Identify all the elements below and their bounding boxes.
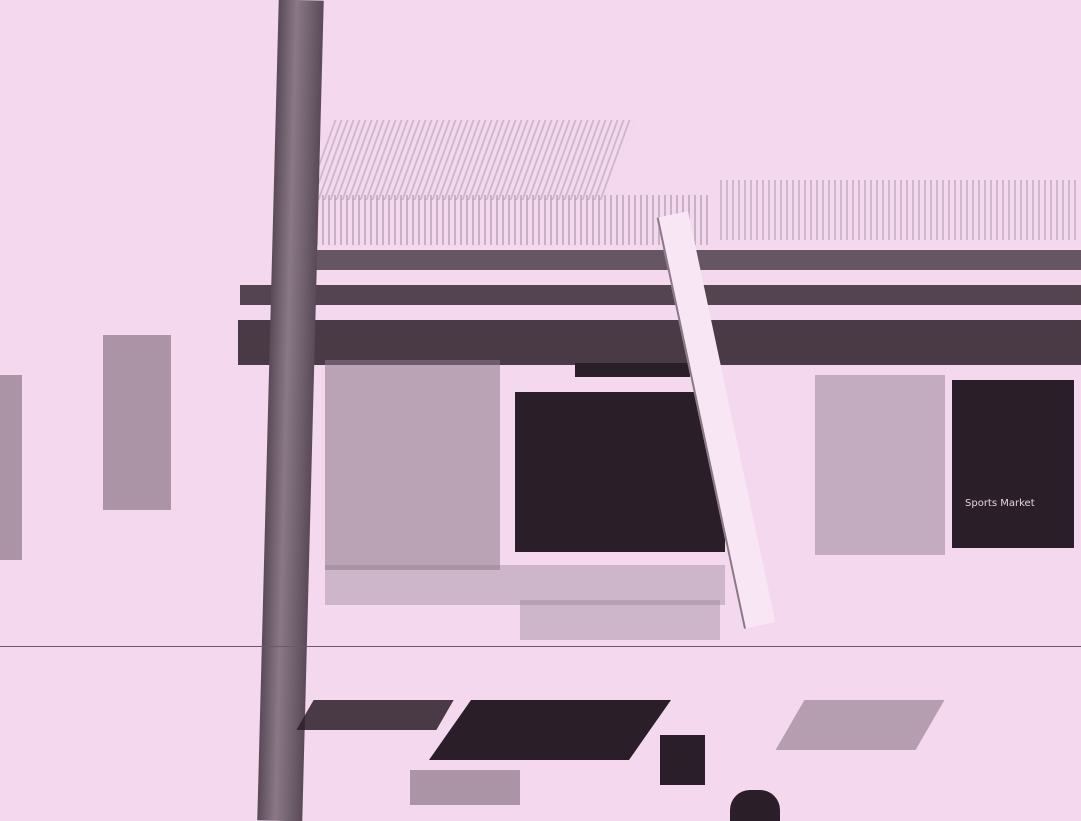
left-edge-window (0, 375, 22, 560)
floor-shadow-2 (429, 700, 671, 760)
floor-mat (776, 700, 945, 750)
photo-scene: Sports Market (0, 0, 1081, 821)
support-pole (257, 0, 323, 821)
floor-bench (410, 770, 520, 805)
eave-shadow (240, 285, 1081, 305)
roof-right (720, 180, 1080, 240)
roof-band (310, 195, 710, 245)
floor-shadow-3 (660, 735, 705, 785)
floor-shadow-1 (296, 700, 453, 730)
sign-board (952, 380, 1074, 548)
lower-wall-2 (520, 600, 720, 640)
sign-text: Sports Market (965, 498, 1035, 509)
lower-wall (325, 565, 725, 605)
left-window (103, 335, 171, 510)
back-opening (238, 320, 1081, 365)
wall-panel-right (815, 375, 945, 555)
scan-line (0, 646, 1081, 647)
roof-upper (305, 120, 634, 200)
window-top-sign (575, 363, 690, 377)
wall-panel-left (325, 360, 500, 570)
window-dark (515, 392, 725, 552)
floor-object (730, 790, 780, 821)
